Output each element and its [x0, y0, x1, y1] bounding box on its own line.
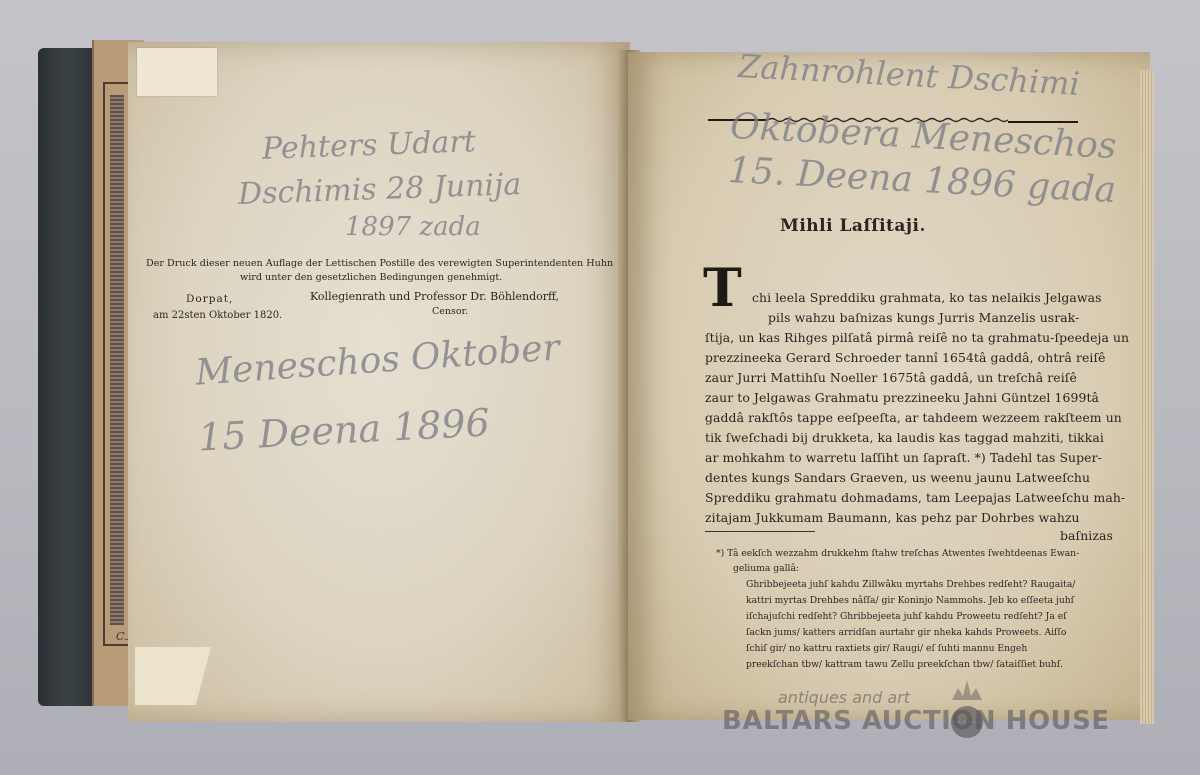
body-line: zitajam Jukkumam Baumann, kas pehz par D… — [705, 510, 1080, 525]
footnote-line: Ghribbejeeta juhſ kahdu Zillwâku myrtahs… — [746, 579, 1075, 590]
body-line: zaur to Jelgawas Grahmatu prezzineeku Ja… — [705, 390, 1099, 405]
footnote-line: iſchajuſchi redſeht? Ghribbejeeta juhſ k… — [746, 611, 1067, 622]
imprimatur-line-1: Der Druck dieser neuen Auflage der Letti… — [146, 258, 613, 269]
page-heading: Mihli Laſſitaji. — [780, 216, 926, 236]
body-line: pils wahzu baſnizas kungs Jurris Manzeli… — [768, 310, 1079, 325]
imprimatur-place: Dorpat, — [186, 293, 233, 305]
footnote-rule — [705, 531, 815, 532]
watermark-name: BALTARS AUCTION HOUSE — [722, 706, 1110, 736]
imprimatur-signatory: Kollegienrath und Professor Dr. Böhlendo… — [310, 290, 559, 303]
watermark-tagline: antiques and art — [778, 688, 910, 707]
body-line: gaddâ rakſtôs tappe eeſpeeſta, ar tahdee… — [705, 410, 1122, 425]
page-edges — [1140, 70, 1154, 724]
imprimatur-line-2: wird unter den gesetzlichen Bedingungen … — [240, 272, 502, 283]
footnote-line: preekſchan tbw/ kattram tawu Zellu preek… — [746, 659, 1063, 670]
decorative-dropcap: T — [703, 262, 753, 316]
pencil-inscription-line: 1897 zada — [345, 212, 481, 242]
footnote-line: ſchiſ gir/ no kattru raxtiets gir/ Raugi… — [746, 643, 1027, 654]
imprimatur-date: am 22sten Oktober 1820. — [153, 310, 282, 321]
body-line: ſtija, un kas Rihges pilſatâ pirmâ reiſê… — [705, 330, 1129, 345]
footnote-line: ſackn jums/ katters arridſan aurtahr gir… — [746, 627, 1066, 638]
pencil-inscription-line: Pehters Udart — [261, 124, 476, 166]
imprimatur-role: Censor. — [432, 306, 468, 317]
body-line: ar mohkahm to warretu laſſiht un ſapraſt… — [705, 450, 1102, 465]
body-line: prezzineeka Gerard Schroeder tannî 1654t… — [705, 350, 1106, 365]
body-line: tik ſweſchadi bij drukketa, ka laudis ka… — [705, 430, 1104, 445]
paper-tab-top — [137, 48, 217, 96]
body-line: zaur Jurri Mattihſu Noeller 1675tâ gaddâ… — [705, 370, 1077, 385]
board-frame-hatching — [110, 95, 124, 625]
footnote-intro: geliuma gallâ: — [733, 563, 799, 574]
footnote-intro: *) Tâ eekſch wezzahm drukkehm ſtahw treſ… — [716, 548, 1079, 559]
catchword: baſnizas — [1060, 528, 1113, 543]
body-line: chi leela Spreddiku grahmata, ko tas nel… — [752, 290, 1102, 305]
footnote-line: kattri myrtas Drehbes nâſſa/ gir Koninjo… — [746, 595, 1074, 606]
body-line: Spreddiku grahmatu dohmadams, tam Leepaj… — [705, 490, 1125, 505]
book-cover-spine — [38, 48, 98, 706]
body-line: dentes kungs Sandars Graeven, us weenu j… — [705, 470, 1090, 485]
